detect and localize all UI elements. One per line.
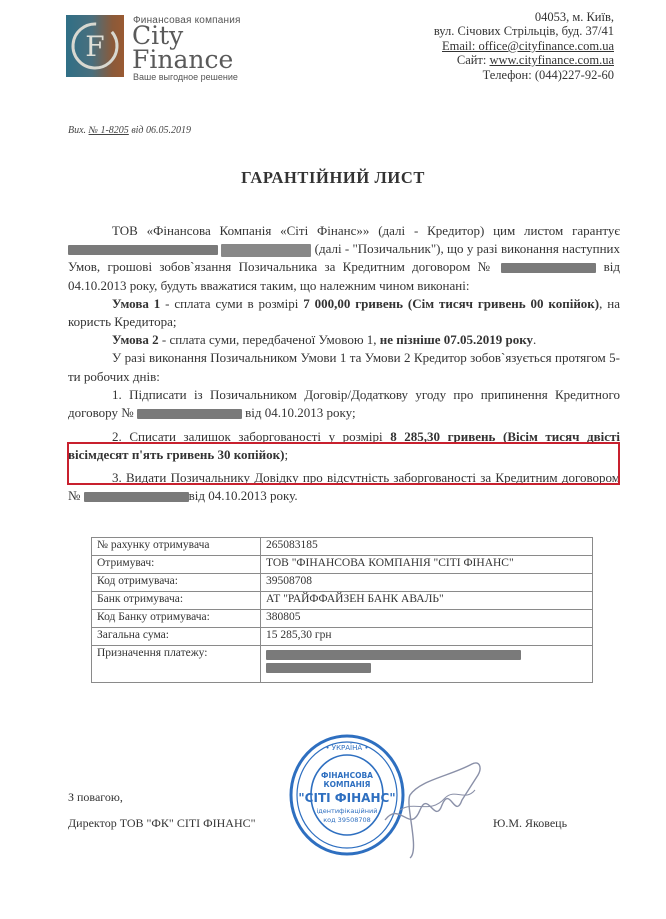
condition-2-label: Умова 2	[112, 332, 159, 347]
signer-name: Ю.М. Яковець	[493, 816, 567, 831]
row-label: № рахунку отримувача	[92, 538, 261, 556]
stamp-line2: КОМПАНІЯ	[324, 780, 371, 789]
row-label: Код отримувача:	[92, 574, 261, 592]
table-row: Загальна сума:15 285,30 грн	[92, 628, 593, 646]
company-contacts: 04053, м. Київ, вул. Січових Стрільців, …	[434, 10, 614, 82]
guarantee-text-a: ТОВ «Фінансова Компанія «Сіті Фінанс»» (…	[112, 223, 620, 238]
row-label: Призначення платежу:	[92, 646, 261, 683]
document-title: ГАРАНТІЙНИЙ ЛИСТ	[0, 168, 666, 188]
condition-1: Умова 1 - сплата суми в розмірі 7 000,00…	[68, 295, 620, 331]
stamp-line4: ідентифікаційний	[317, 807, 378, 815]
condition-1-text: - сплата суми в розмірі	[160, 296, 303, 311]
outgoing-middle: від	[129, 125, 146, 136]
payment-details-table: № рахунку отримувача265083185Отримувач:Т…	[91, 537, 593, 683]
logo-name-line2: Finance	[132, 47, 233, 73]
address-line1: 04053, м. Київ,	[434, 10, 614, 24]
email-link[interactable]: office@cityfinance.com.ua	[478, 39, 614, 53]
redacted-contract-number	[501, 263, 596, 273]
stamp-line1: ФІНАНСОВА	[321, 771, 373, 780]
row-value: 380805	[261, 610, 593, 628]
stamp-ring-top: • УКРАЇНА •	[325, 743, 368, 752]
obligation-1: 1. Підписати із Позичальником Договір/До…	[68, 386, 620, 422]
outgoing-prefix: Вих.	[68, 125, 89, 136]
condition-2-text: - сплата суми, передбаченої Умовою 1,	[159, 332, 380, 347]
obligation-3-date: від 04.10.2013 року.	[189, 488, 298, 503]
outgoing-date: 06.05.2019	[146, 125, 191, 136]
table-row: № рахунку отримувача265083185	[92, 538, 593, 556]
redacted-purpose-line1	[266, 650, 521, 660]
cf-monogram-icon: F	[66, 15, 124, 77]
stamp-line5: код 39508708	[323, 816, 371, 824]
obligations-intro: У разі виконання Позичальником Умови 1 т…	[68, 349, 620, 385]
row-value: ТОВ "ФІНАНСОВА КОМПАНІЯ "СІТІ ФІНАНС"	[261, 556, 593, 574]
email-label: Email:	[442, 39, 478, 53]
logo-slogan: Ваше выгодное решение	[133, 72, 238, 82]
row-label: Загальна сума:	[92, 628, 261, 646]
svg-text:F: F	[85, 30, 104, 63]
condition-2-tail: .	[533, 332, 536, 347]
site-label: Сайт:	[457, 53, 490, 67]
redacted-purpose-line2	[266, 663, 371, 673]
highlight-box	[67, 442, 620, 485]
table-row: Банк отримувача:АТ "РАЙФФАЙЗЕН БАНК АВАЛ…	[92, 592, 593, 610]
row-label: Банк отримувача:	[92, 592, 261, 610]
row-label: Код Банку отримувача:	[92, 610, 261, 628]
row-value: 39508708	[261, 574, 593, 592]
table-row: Код Банку отримувача:380805	[92, 610, 593, 628]
row-value: 265083185	[261, 538, 593, 556]
obligation-1-date: від 04.10.2013 року;	[245, 405, 355, 420]
director-title: Директор ТОВ "ФК" СІТІ ФІНАНС"	[68, 816, 256, 831]
address-line2: вул. Січових Стрільців, буд. 37/41	[434, 24, 614, 38]
condition-1-label: Умова 1	[112, 296, 160, 311]
guarantee-paragraph: ТОВ «Фінансова Компанія «Сіті Фінанс»» (…	[68, 222, 620, 295]
table-row: Код отримувача:39508708	[92, 574, 593, 592]
table-row: Призначення платежу:	[92, 646, 593, 683]
signature-icon	[380, 740, 500, 865]
row-value: 15 285,30 грн	[261, 628, 593, 646]
outgoing-reference: Вих. № 1-8205 від 06.05.2019	[68, 125, 191, 136]
company-logo-mark: F	[66, 15, 124, 77]
row-value: АТ "РАЙФФАЙЗЕН БАНК АВАЛЬ"	[261, 592, 593, 610]
condition-1-amount: 7 000,00 гривень (Сім тисяч гривень 00 к…	[303, 296, 599, 311]
closing-regards: З повагою,	[68, 790, 123, 805]
condition-2: Умова 2 - сплата суми, передбаченої Умов…	[68, 331, 620, 349]
redacted-contract-number	[84, 492, 189, 502]
condition-2-deadline: не пізніше 07.05.2019 року	[380, 332, 533, 347]
row-label: Отримувач:	[92, 556, 261, 574]
redacted-borrower-id	[221, 244, 311, 257]
email-line: Email: office@cityfinance.com.ua	[434, 39, 614, 53]
redacted-payment-purpose	[261, 646, 593, 683]
outgoing-number: № 1-8205	[89, 125, 129, 136]
table-row: Отримувач:ТОВ "ФІНАНСОВА КОМПАНІЯ "СІТІ …	[92, 556, 593, 574]
redacted-borrower-name	[68, 245, 218, 255]
site-line: Сайт: www.cityfinance.com.ua	[434, 53, 614, 67]
site-link[interactable]: www.cityfinance.com.ua	[490, 53, 615, 67]
phone-line: Телефон: (044)227-92-60	[434, 68, 614, 82]
redacted-contract-number	[137, 409, 242, 419]
